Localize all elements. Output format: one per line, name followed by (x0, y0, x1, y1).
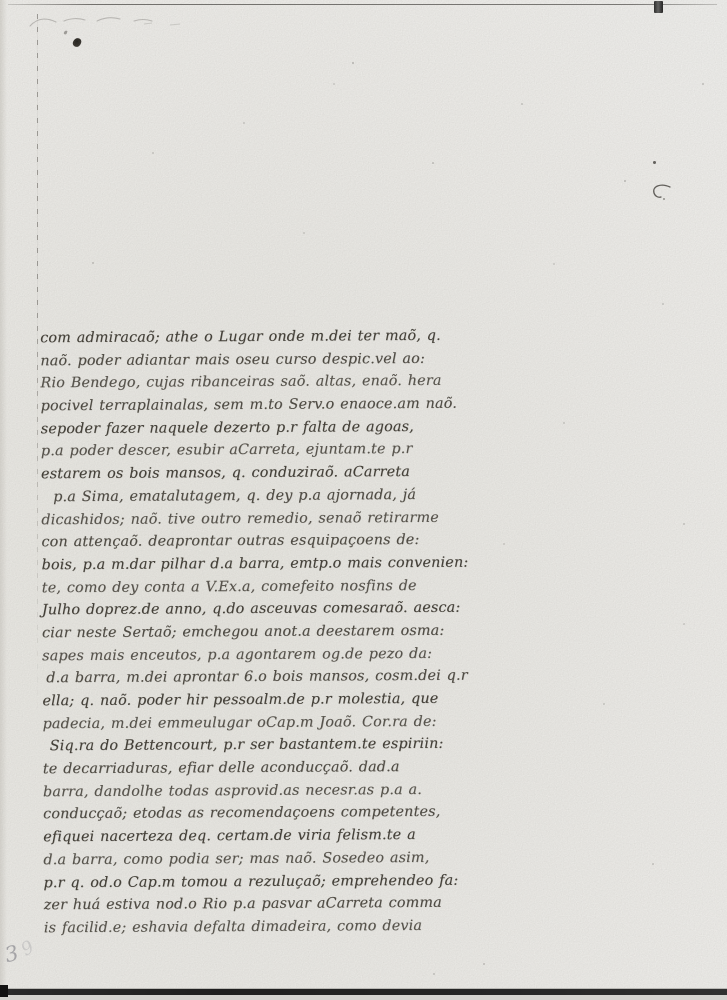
scan-top-edge-line (8, 4, 717, 5)
manuscript-line: com admiracaõ; athe o Lugar onde m.dei t… (40, 325, 448, 350)
ink-blot (72, 37, 82, 48)
manuscript-line: pocivel terraplainalas, sem m.to Serv.o … (41, 393, 449, 418)
manuscript-line: efiquei nacerteza deq. certam.de viria f… (43, 824, 451, 849)
manuscript-text-block: com admiracaõ; athe o Lugar onde m.dei t… (40, 325, 452, 940)
manuscript-line: is facilid.e; eshavia defalta dimadeira,… (44, 915, 452, 940)
manuscript-line: barra, dandolhe todas asprovid.as necesr… (43, 779, 451, 804)
page-fold-line (37, 14, 38, 724)
scan-bottom-edge-strip (0, 988, 727, 995)
manuscript-line: zer huá estiva nod.o Rio p.a pasvar aCar… (44, 892, 452, 917)
manuscript-page: com admiracaõ; athe o Lugar onde m.dei t… (0, 0, 727, 1000)
scan-left-edge (0, 0, 7, 1000)
manuscript-line: Julho doprez.de anno, q.do asceuvas come… (42, 597, 450, 622)
manuscript-line: d.a barra, m.dei aprontar 6.o bois manso… (42, 665, 450, 690)
pencil-page-number-ghost: 9 (18, 937, 38, 961)
manuscript-line: conducçaõ; etodas as recomendaçoens comp… (43, 801, 451, 826)
scan-speckles (0, 0, 2, 2)
manuscript-line: ella; q. naõ. poder hir pessoalm.de p.r … (42, 688, 450, 713)
manuscript-line: naõ. poder adiantar mais oseu curso desp… (40, 347, 448, 372)
stray-ink-dot (653, 161, 656, 164)
manuscript-line: dicashidos; naõ. tive outro remedio, sen… (41, 506, 449, 531)
manuscript-line: estarem os bois mansos, q. conduziraõ. a… (41, 461, 449, 486)
manuscript-line: bois, p.a m.dar pilhar d.a barra, emtp.o… (42, 552, 450, 577)
manuscript-line: p.a poder descer, esubir aCarreta, ejunt… (41, 438, 449, 463)
manuscript-line: Siq.ra do Bettencourt, p.r ser bastantem… (43, 733, 451, 758)
manuscript-line: padecia, m.dei emmeulugar oCap.m Joaõ. C… (42, 710, 450, 735)
manuscript-line: sepoder fazer naquele dezerto p.r falta … (41, 416, 449, 441)
stray-hook-mark (648, 183, 674, 203)
faded-pencil-scribble (24, 10, 204, 34)
scan-bottom-margin (0, 995, 727, 1000)
binding-staple-mark (654, 1, 663, 13)
manuscript-line: ciar neste Sertaõ; emchegou anot.a deest… (42, 620, 450, 645)
manuscript-line: te, como dey conta a V.Ex.a, comefeito n… (42, 574, 450, 599)
manuscript-line: p.r q. od.o Cap.m tomou a rezuluçaõ; emp… (43, 869, 451, 894)
manuscript-line: te decarriaduras, efiar delle aconducçaõ… (43, 756, 451, 781)
scan-corner-mark (0, 985, 8, 997)
manuscript-line: sapes mais enceutos, p.a agontarem og.de… (42, 642, 450, 667)
manuscript-line: p.a Sima, ematalutagem, q. dey p.a ajorn… (41, 484, 449, 509)
manuscript-line: Rio Bendego, cujas ribanceiras saõ. alta… (40, 370, 448, 395)
manuscript-line: con attençaõ. deaprontar outras esquipaç… (41, 529, 449, 554)
manuscript-line: d.a barra, como podia ser; mas naõ. Sose… (43, 847, 451, 872)
